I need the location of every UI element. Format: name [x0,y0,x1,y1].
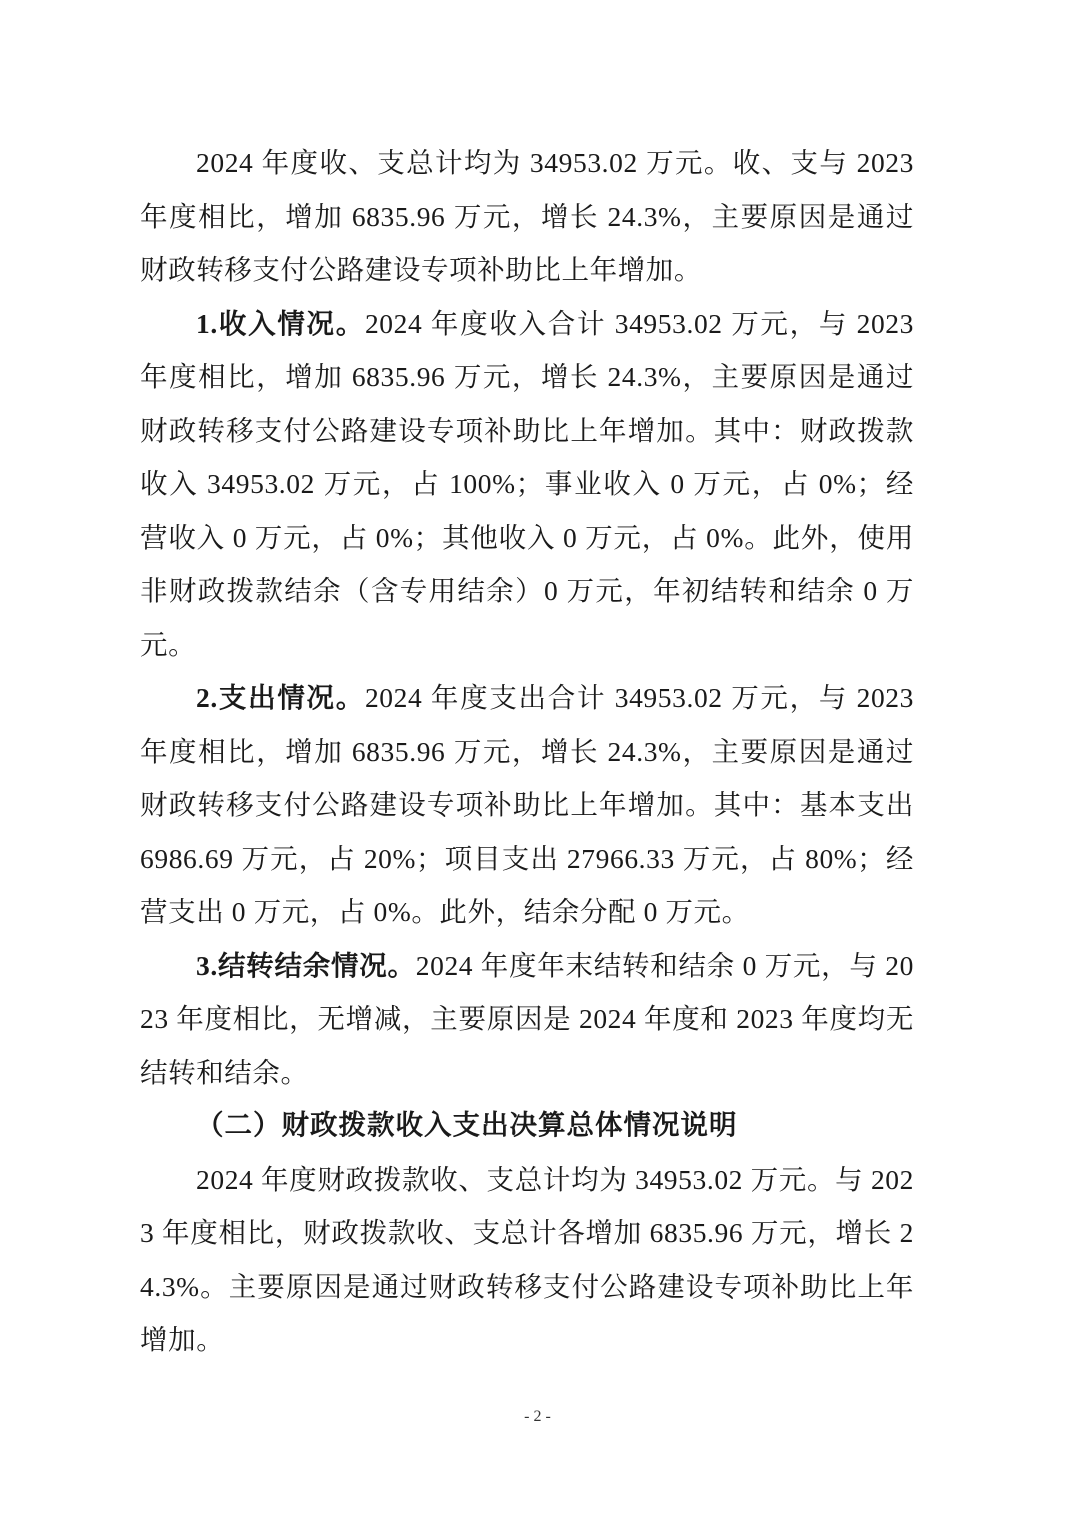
paragraph-text: 2024 年度支出合计 34953.02 万元，与 2023 年度相比，增加 6… [140,682,914,927]
paragraph-carryover: 3.结转结余情况。2024 年度年末结转和结余 0 万元，与 2023 年度相比… [140,939,914,1100]
paragraph-lead: 1.收入情况。 [196,308,365,339]
paragraph-expenditure: 2.支出情况。2024 年度支出合计 34953.02 万元，与 2023 年度… [140,671,914,939]
paragraph-summary: 2024 年度收、支总计均为 34953.02 万元。收、支与 2023 年度相… [140,136,914,297]
paragraph-text: 2024 年度财政拨款收、支总计均为 34953.02 万元。与 2023 年度… [140,1164,914,1356]
paragraph-lead: 2.支出情况。 [196,682,365,713]
paragraph-text: 2024 年度收入合计 34953.02 万元，与 2023 年度相比，增加 6… [140,308,914,660]
paragraph-income: 1.收入情况。2024 年度收入合计 34953.02 万元，与 2023 年度… [140,297,914,672]
page-number: - 2 - [0,1408,1075,1426]
paragraph-text: 2024 年度收、支总计均为 34953.02 万元。收、支与 2023 年度相… [140,147,914,285]
section-heading: （二）财政拨款收入支出决算总体情况说明 [140,1099,914,1153]
paragraph-lead: 3.结转结余情况。 [196,950,416,981]
document-page: 2024 年度收、支总计均为 34953.02 万元。收、支与 2023 年度相… [140,136,914,1367]
paragraph-fiscal-appropriation: 2024 年度财政拨款收、支总计均为 34953.02 万元。与 2023 年度… [140,1153,914,1367]
